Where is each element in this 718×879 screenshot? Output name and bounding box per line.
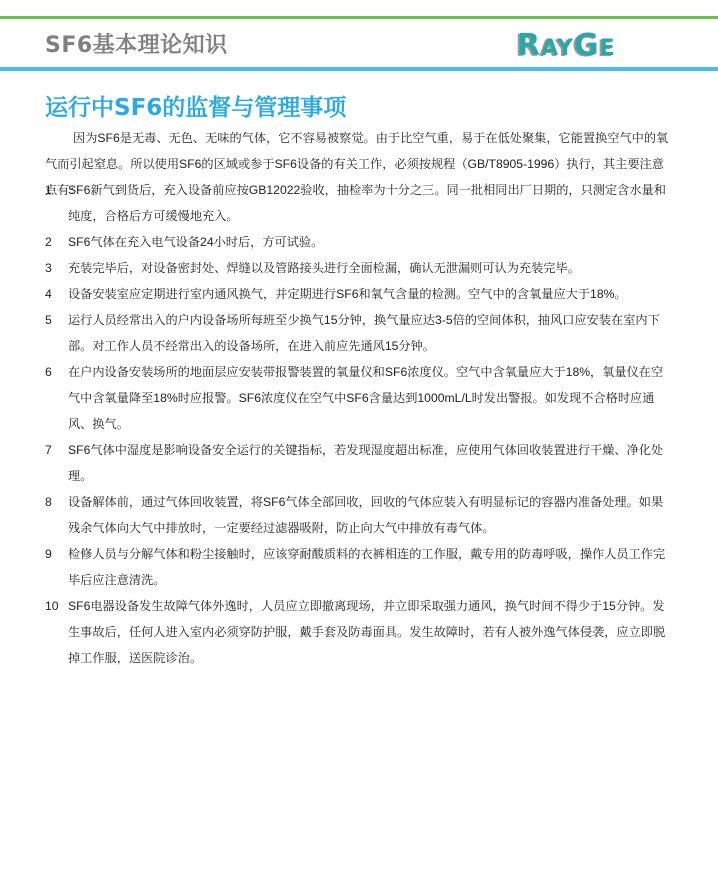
item-text: 设备解体前，通过气体回收装置，将SF6气体全部回收，回收的气体应装入有明显标记的… [68,489,675,541]
item-text: SF6气体在充入电气设备24小时后，方可试验。 [68,229,675,255]
list-item: 1 SF6新气到货后，充入设备前应按GB12022验收，抽检率为十分之三。同一批… [45,177,675,229]
list-item: 2 SF6气体在充入电气设备24小时后，方可试验。 [45,229,675,255]
list-item: 9 检修人员与分解气体和粉尘接触时，应该穿耐酸质料的衣裤相连的工作服，戴专用的防… [45,541,675,593]
header-top-divider [0,16,718,19]
item-number: 7 [45,437,68,489]
item-number: 10 [45,593,68,671]
logo-letter-e: E [600,38,616,60]
item-number: 1 [45,177,68,229]
item-text: SF6气体中湿度是影响设备安全运行的关键指标，若发现湿度超出标准，应使用气体回收… [68,437,675,489]
precautions-list: 1 SF6新气到货后，充入设备前应按GB12022验收，抽检率为十分之三。同一批… [45,177,675,671]
item-text: SF6新气到货后，充入设备前应按GB12022验收，抽检率为十分之三。同一批相同… [68,177,675,229]
list-item: 8 设备解体前，通过气体回收装置，将SF6气体全部回收，回收的气体应装入有明显标… [45,489,675,541]
logo-letter-r: R [517,32,541,60]
logo-letter-g: G [574,32,600,60]
item-number: 2 [45,229,68,255]
item-text: SF6电器设备发生故障气体外逸时，人员应立即撤离现场，并立即采取强力通风，换气时… [68,593,675,671]
page-title: 运行中SF6的监督与管理事项 [45,89,346,122]
item-text: 检修人员与分解气体和粉尘接触时，应该穿耐酸质料的衣裤相连的工作服，戴专用的防毒呼… [68,541,675,593]
list-item: 5 运行人员经常出入的户内设备场所每班至少换气15分钟，换气量应达3-5倍的空间… [45,307,675,359]
item-number: 3 [45,255,68,281]
item-number: 9 [45,541,68,593]
item-number: 8 [45,489,68,541]
rayge-logo: R AY G E [517,30,616,60]
list-item: 4 设备安装室应定期进行室内通风换气，并定期进行SF6和氧气含量的检测。空气中的… [45,281,675,307]
item-number: 5 [45,307,68,359]
item-text: 设备安装室应定期进行室内通风换气，并定期进行SF6和氧气含量的检测。空气中的含氧… [68,281,675,307]
header-title: SF6基本理论知识 [45,28,228,59]
list-item: 3 充装完毕后，对设备密封处、焊缝以及管路接头进行全面检漏，确认无泄漏则可认为充… [45,255,675,281]
item-text: 在户内设备安装场所的地面层应安装带报警装置的氧量仪和SF6浓度仪。空气中含氧量应… [68,359,675,437]
logo-letters-ay: AY [541,38,574,60]
item-text: 运行人员经常出入的户内设备场所每班至少换气15分钟，换气量应达3-5倍的空间体积… [68,307,675,359]
item-number: 6 [45,359,68,437]
list-item: 6 在户内设备安装场所的地面层应安装带报警装置的氧量仪和SF6浓度仪。空气中含氧… [45,359,675,437]
item-text: 充装完毕后，对设备密封处、焊缝以及管路接头进行全面检漏，确认无泄漏则可认为充装完… [68,255,675,281]
header-bottom-divider [0,67,718,71]
item-number: 4 [45,281,68,307]
list-item: 7 SF6气体中湿度是影响设备安全运行的关键指标，若发现湿度超出标准，应使用气体… [45,437,675,489]
list-item: 10 SF6电器设备发生故障气体外逸时，人员应立即撤离现场，并立即采取强力通风，… [45,593,675,671]
